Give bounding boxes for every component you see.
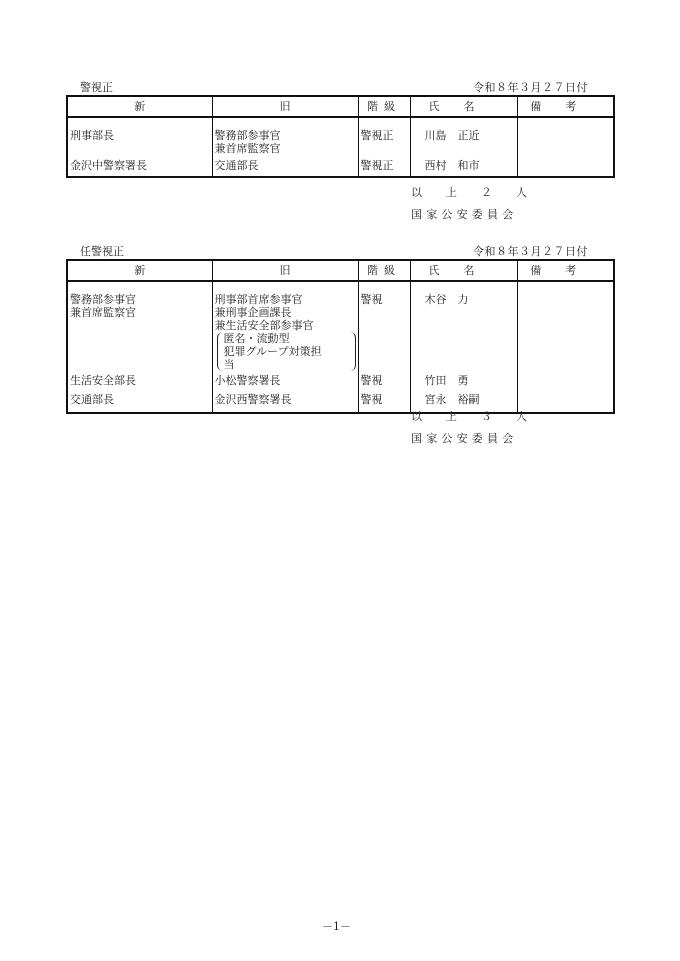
table-row: 交通部長 金沢西警察署長 警視 宮永 裕嗣 <box>67 391 614 413</box>
rank: 警視正 <box>358 117 410 155</box>
person-name: 竹田 勇 <box>410 371 517 391</box>
old-post: 小松警察署長 <box>215 374 356 387</box>
table-header-row: 新 旧 階級 氏名 備考 <box>67 260 614 281</box>
issuer: 国家公安委員会 <box>411 432 517 445</box>
issuer: 国家公安委員会 <box>411 208 517 221</box>
header-new: 新 <box>67 260 212 281</box>
effective-date: 令和８年３月２７日付 <box>473 81 588 94</box>
new-post: 警務部参事官 <box>70 293 210 306</box>
bracket-note: 匿名・流動型 犯罪グループ対策担当 <box>217 332 356 371</box>
header-rank: 階級 <box>358 96 410 117</box>
header-note: 備考 <box>517 96 614 117</box>
note <box>517 371 614 391</box>
header-name: 氏名 <box>410 260 517 281</box>
header-rank: 階級 <box>358 260 410 281</box>
header-old: 旧 <box>212 96 358 117</box>
new-post: 兼首席監察官 <box>70 306 210 319</box>
table-row: 生活安全部長 小松警察署長 警視 竹田 勇 <box>67 371 614 391</box>
table-row: 警務部参事官 兼首席監察官 刑事部首席参事官 兼刑事企画課長 兼生活安全部参事官… <box>67 281 614 371</box>
rank: 警視 <box>358 391 410 413</box>
old-post: 兼生活安全部参事官 <box>215 319 356 332</box>
old-post: 金沢西警察署長 <box>215 393 356 406</box>
header-name: 氏名 <box>410 96 517 117</box>
new-post: 交通部長 <box>70 393 210 406</box>
rank: 警視正 <box>358 155 410 177</box>
table-header-row: 新 旧 階級 氏名 備考 <box>67 96 614 117</box>
rank: 警視 <box>358 281 410 371</box>
new-post: 金沢中警察署長 <box>70 159 210 172</box>
personnel-table: 新 旧 階級 氏名 備考 刑事部長 警務部参事官兼首席監察官 警視正 川島 正近… <box>66 95 615 178</box>
person-name: 木谷 力 <box>410 281 517 371</box>
table-row: 刑事部長 警務部参事官兼首席監察官 警視正 川島 正近 <box>67 117 614 155</box>
new-post: 生活安全部長 <box>70 374 210 387</box>
section-title: 任警視正 <box>80 245 124 258</box>
old-post: 刑事部首席参事官 <box>215 293 356 306</box>
header-old: 旧 <box>212 260 358 281</box>
personnel-table: 新 旧 階級 氏名 備考 警務部参事官 兼首席監察官 刑事部首席参事官 兼刑事企… <box>66 259 615 414</box>
note <box>517 117 614 155</box>
person-name: 川島 正近 <box>410 117 517 155</box>
page-number: －1－ <box>322 920 351 933</box>
header-new: 新 <box>67 96 212 117</box>
old-post: 兼首席監察官 <box>215 142 356 155</box>
note <box>517 281 614 371</box>
note <box>517 155 614 177</box>
section-title: 警視正 <box>80 81 113 94</box>
old-post: 警務部参事官 <box>215 129 356 142</box>
table-row: 金沢中警察署長 交通部長 警視正 西村 和市 <box>67 155 614 177</box>
effective-date: 令和８年３月２７日付 <box>473 245 588 258</box>
rank: 警視 <box>358 371 410 391</box>
new-post: 刑事部長 <box>70 129 210 142</box>
header-note: 備考 <box>517 260 614 281</box>
total-count: 以上３人 <box>411 410 527 423</box>
person-name: 西村 和市 <box>410 155 517 177</box>
old-post: 交通部長 <box>215 159 356 172</box>
total-count: 以上２人 <box>411 186 527 199</box>
note <box>517 391 614 413</box>
old-post: 兼刑事企画課長 <box>215 306 356 319</box>
